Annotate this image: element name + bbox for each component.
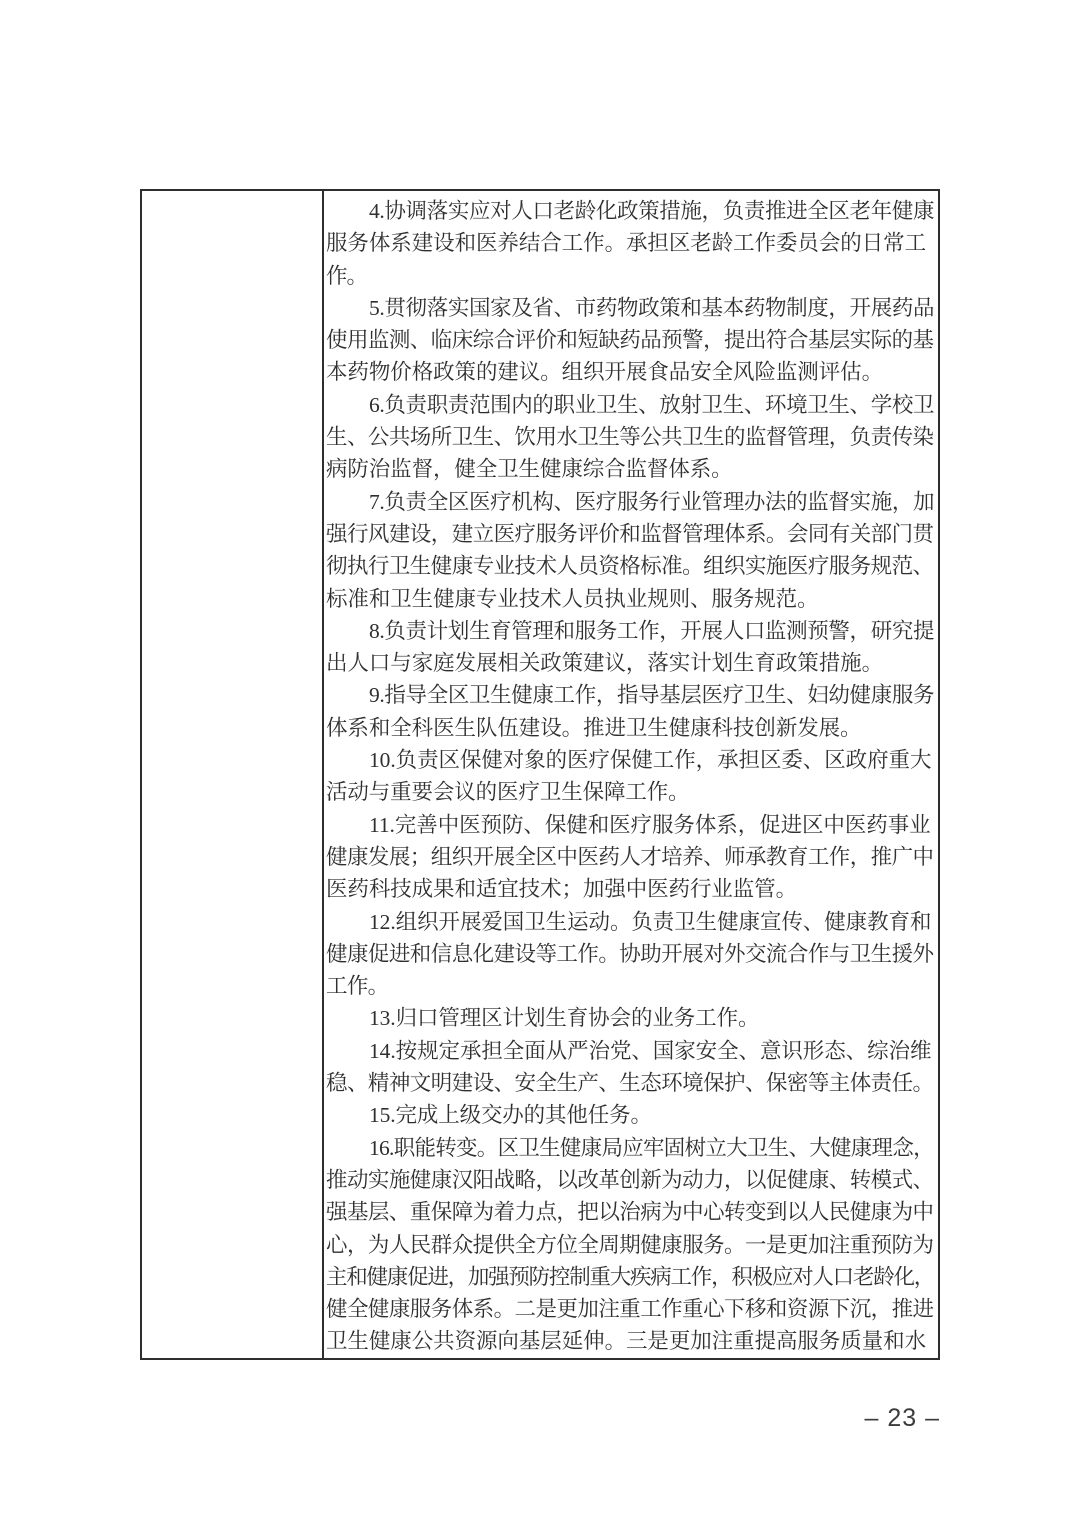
text-line: 出人口与家庭发展相关政策建议，落实计划生育政策措施。 [326,647,936,679]
scanned-document-page: 4.协调落实应对人口老龄化政策措施，负责推进全区老年健康服务体系建设和医养结合工… [0,0,1074,1520]
text-line: 体系和全科医生队伍建设。推进卫生健康科技创新发展。 [326,712,936,744]
text-line: 11.完善中医预防、保健和医疗服务体系，促进区中医药事业 [326,809,936,841]
text-line: 标准和卫生健康专业技术人员执业规则、服务规范。 [326,583,936,615]
text-line: 12.组织开展爱国卫生运动。负责卫生健康宣传、健康教育和 [326,906,936,938]
text-line: 9.指导全区卫生健康工作，指导基层医疗卫生、妇幼健康服务 [326,679,936,711]
text-line: 健康促进和信息化建设等工作。协助开展对外交流合作与卫生援外 [326,938,936,970]
text-line: 强基层、重保障为着力点，把以治病为中心转变到以人民健康为中 [326,1196,936,1228]
text-line: 5.贯彻落实国家及省、市药物政策和基本药物制度，开展药品 [326,292,936,324]
text-line: 健全健康服务体系。二是更加注重工作重心下移和资源下沉，推进 [326,1293,936,1325]
text-line: 6.负责职责范围内的职业卫生、放射卫生、环境卫生、学校卫 [326,389,936,421]
text-line: 推动实施健康汉阳战略，以改革创新为动力，以促健康、转模式、 [326,1164,936,1196]
table-right-cell: 4.协调落实应对人口老龄化政策措施，负责推进全区老年健康服务体系建设和医养结合工… [324,191,938,1358]
text-line: 稳、精神文明建设、安全生产、生态环境保护、保密等主体责任。 [326,1067,936,1099]
text-line: 医药科技成果和适宜技术；加强中医药行业监管。 [326,873,936,905]
text-line: 健康发展；组织开展全区中医药人才培养、师承教育工作，推广中 [326,841,936,873]
text-line: 14.按规定承担全面从严治党、国家安全、意识形态、综治维 [326,1035,936,1067]
page-number: – 23 – [864,1404,940,1433]
text-line: 4.协调落实应对人口老龄化政策措施，负责推进全区老年健康 [326,195,936,227]
text-line: 彻执行卫生健康专业技术人员资格标准。组织实施医疗服务规范、 [326,550,936,582]
text-line: 工作。 [326,970,936,1002]
text-line: 服务体系建设和医养结合工作。承担区老龄工作委员会的日常工 [326,227,936,259]
text-line: 13.归口管理区计划生育协会的业务工作。 [326,1002,936,1034]
text-line: 本药物价格政策的建议。组织开展食品安全风险监测评估。 [326,356,936,388]
duties-table: 4.协调落实应对人口老龄化政策措施，负责推进全区老年健康服务体系建设和医养结合工… [140,189,940,1360]
text-line: 7.负责全区医疗机构、医疗服务行业管理办法的监督实施，加 [326,486,936,518]
text-line: 15.完成上级交办的其他任务。 [326,1099,936,1131]
text-line: 强行风建设，建立医疗服务评价和监督管理体系。会同有关部门贯 [326,518,936,550]
text-line: 主和健康促进，加强预防控制重大疾病工作，积极应对人口老龄化， [326,1261,936,1293]
table-left-cell [142,191,324,1358]
text-line: 16.职能转变。区卫生健康局应牢固树立大卫生、大健康理念， [326,1132,936,1164]
text-line: 活动与重要会议的医疗卫生保障工作。 [326,776,936,808]
text-line: 卫生健康公共资源向基层延伸。三是更加注重提高服务质量和水 [326,1325,936,1357]
text-line: 作。 [326,260,936,292]
text-line: 生、公共场所卫生、饮用水卫生等公共卫生的监督管理，负责传染 [326,421,936,453]
text-line: 使用监测、临床综合评价和短缺药品预警，提出符合基层实际的基 [326,324,936,356]
text-line: 病防治监督，健全卫生健康综合监督体系。 [326,453,936,485]
text-line: 心，为人民群众提供全方位全周期健康服务。一是更加注重预防为 [326,1229,936,1261]
text-line: 8.负责计划生育管理和服务工作，开展人口监测预警，研究提 [326,615,936,647]
text-line: 10.负责区保健对象的医疗保健工作，承担区委、区政府重大 [326,744,936,776]
